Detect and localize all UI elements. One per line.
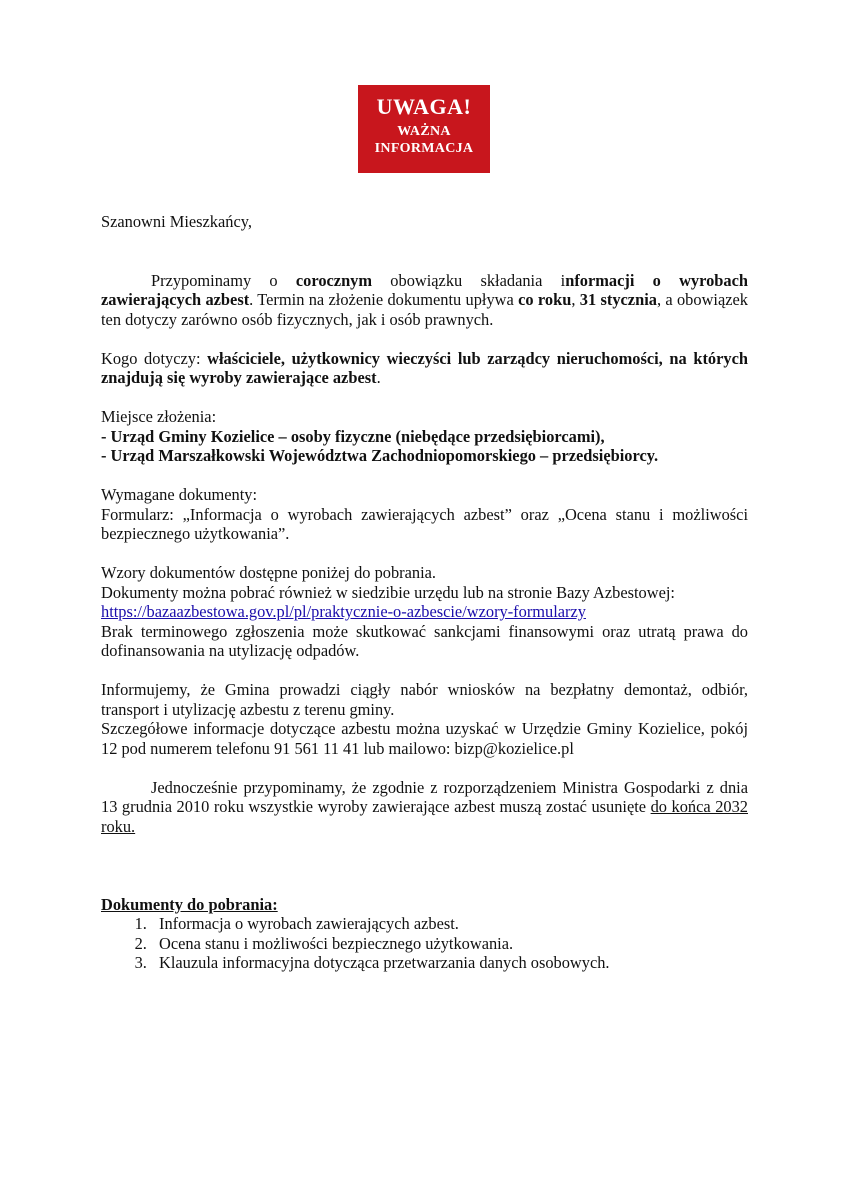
intro-paragraph: Przypominamy o corocznym obowiązku skład… <box>101 271 748 330</box>
downloads-title: Dokumenty do pobrania: <box>101 895 748 915</box>
bazaazbestowa-link[interactable]: https://bazaazbestowa.gov.pl/pl/praktycz… <box>101 602 586 621</box>
required-label: Wymagane dokumenty: <box>101 485 748 505</box>
document-body: Szanowni Mieszkańcy, Przypominamy o coro… <box>101 212 748 973</box>
info-line-1: Informujemy, że Gmina prowadzi ciągły na… <box>101 680 748 719</box>
place-item: - Urząd Gminy Kozielice – osoby fizyczne… <box>101 427 748 447</box>
info-line-2: Szczegółowe informacje dotyczące azbestu… <box>101 719 748 758</box>
banner-subtitle-1: WAŻNA <box>358 124 490 140</box>
reminder-paragraph: Jednocześnie przypominamy, że zgodnie z … <box>101 778 748 837</box>
templates-line-3: Brak terminowego zgłoszenia może skutkow… <box>101 622 748 661</box>
place-label: Miejsce złożenia: <box>101 407 748 427</box>
banner-subtitle-2: INFORMACJA <box>358 141 490 157</box>
banner-title: UWAGA! <box>358 94 490 120</box>
who-paragraph: Kogo dotyczy: właściciele, użytkownicy w… <box>101 349 748 388</box>
required-text: Formularz: „Informacja o wyrobach zawier… <box>101 505 748 544</box>
templates-line-1: Wzory dokumentów dostępne poniżej do pob… <box>101 563 748 583</box>
greeting: Szanowni Mieszkańcy, <box>101 212 748 232</box>
warning-banner: UWAGA! WAŻNA INFORMACJA <box>358 85 490 173</box>
download-item[interactable]: Klauzula informacyjna dotycząca przetwar… <box>151 953 748 973</box>
downloads-list: Informacja o wyrobach zawierających azbe… <box>101 914 748 973</box>
place-item: - Urząd Marszałkowski Województwa Zachod… <box>101 446 748 466</box>
templates-line-2: Dokumenty można pobrać również w siedzib… <box>101 583 748 603</box>
download-item[interactable]: Ocena stanu i możliwości bezpiecznego uż… <box>151 934 748 954</box>
download-item[interactable]: Informacja o wyrobach zawierających azbe… <box>151 914 748 934</box>
